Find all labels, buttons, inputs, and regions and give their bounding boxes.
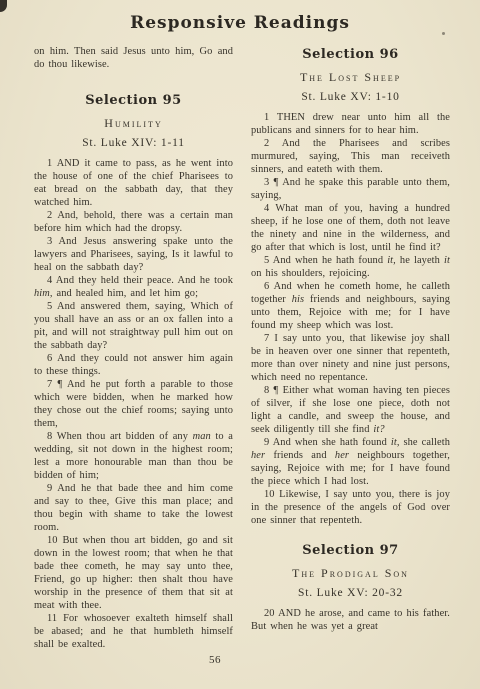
verse: 5 And answered them, saying, Which of yo… [34,300,233,352]
selection-95-verses: 1 AND it came to pass, as he went into t… [34,157,233,651]
verse: 7 ¶ And he put forth a parable to those … [34,378,233,430]
selection-96-verses: 1 THEN drew near unto him all the public… [251,111,450,527]
page-number: 56 [209,654,221,666]
scan-speck [442,32,445,35]
selection-96-heading: Selection 96 [251,47,450,62]
verse: 8 ¶ Either what woman having ten pieces … [251,384,450,436]
verse: 6 And when he cometh home, he calleth to… [251,280,450,332]
book-page: Responsive Readings on him. Then said Je… [0,0,480,689]
page-title: Responsive Readings [0,0,480,33]
selection-96: Selection 96 The Lost Sheep St. Luke XV:… [251,47,450,527]
verse: 9 And when she hath found it, she callet… [251,436,450,488]
verse: 8 When thou art bidden of any man to a w… [34,430,233,482]
verse: 3 And Jesus answering spake unto the law… [34,235,233,274]
selection-96-reference: St. Luke XV: 1-10 [251,91,450,103]
selection-95-subtitle: Humility [34,116,233,131]
selection-95-heading: Selection 95 [34,93,233,108]
verse: 10 Likewise, I say unto you, there is jo… [251,488,450,527]
selection-97-verses: 20 AND he arose, and came to his father.… [251,607,450,633]
verse: 7 I say unto you, that likewise joy shal… [251,332,450,384]
verse: 1 AND it came to pass, as he went into t… [34,157,233,209]
selection-97-reference: St. Luke XV: 20-32 [251,587,450,599]
continuation-paragraph: on him. Then said Jesus unto him, Go and… [34,45,233,71]
selection-95-reference: St. Luke XIV: 1-11 [34,137,233,149]
verse: 10 But when thou art bidden, go and sit … [34,534,233,612]
verse: 5 And when he hath found it, he layeth i… [251,254,450,280]
verse: 1 THEN drew near unto him all the public… [251,111,450,137]
verse: 6 And they could not answer him again to… [34,352,233,378]
selection-97: Selection 97 The Prodigal Son St. Luke X… [251,543,450,633]
verse: 11 For whosoever exalteth himself shall … [34,612,233,651]
two-column-text: on him. Then said Jesus unto him, Go and… [0,45,480,651]
left-column: on him. Then said Jesus unto him, Go and… [34,45,233,651]
selection-97-subtitle: The Prodigal Son [251,566,450,581]
verse: 2 And, behold, there was a certain man b… [34,209,233,235]
selection-96-subtitle: The Lost Sheep [251,70,450,85]
right-column: Selection 96 The Lost Sheep St. Luke XV:… [251,45,450,651]
verse: on him. Then said Jesus unto him, Go and… [34,45,233,71]
selection-97-heading: Selection 97 [251,543,450,558]
verse: 4 What man of you, having a hundred shee… [251,202,450,254]
verse: 2 And the Pharisees and scribes murmured… [251,137,450,176]
verse: 3 ¶ And he spake this parable unto them,… [251,176,450,202]
verse: 20 AND he arose, and came to his father.… [251,607,450,633]
verse: 9 And he that bade thee and him come and… [34,482,233,534]
verse: 4 And they held their peace. And he took… [34,274,233,300]
selection-95: Selection 95 Humility St. Luke XIV: 1-11… [34,93,233,651]
